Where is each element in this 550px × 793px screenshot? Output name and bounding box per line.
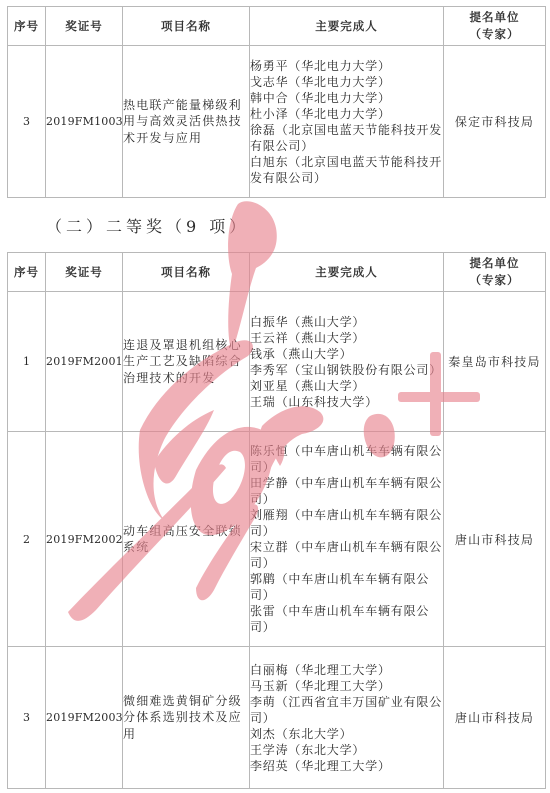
header-project-name: 项目名称: [123, 7, 250, 46]
person: 白丽梅（华北理工大学）: [250, 662, 443, 678]
person: 钱承（燕山大学）: [250, 346, 443, 362]
person: 李萌（江西省宜丰万国矿业有限公司）: [250, 694, 443, 726]
table-row: 1 2019FM2001 连退及罩退机组核心生产工艺及缺陷综合治理技术的开发 白…: [8, 292, 546, 432]
table-header-row: 序号 奖证号 项目名称 主要完成人 提名单位 （专家）: [8, 7, 546, 46]
person: 郭鹛（中车唐山机车车辆有限公司）: [250, 571, 443, 603]
first-prize-table-continued: 序号 奖证号 项目名称 主要完成人 提名单位 （专家） 3 2019FM1003…: [7, 6, 546, 198]
table-header-row: 序号 奖证号 项目名称 主要完成人 提名单位 （专家）: [8, 253, 546, 292]
header-people: 主要完成人: [250, 7, 444, 46]
header-unit: 提名单位 （专家）: [444, 7, 546, 46]
person: 王瑞（山东科技大学）: [250, 394, 443, 410]
person: 田学静（中车唐山机车车辆有限公司）: [250, 475, 443, 507]
header-unit-line1: 提名单位: [470, 10, 520, 24]
cell-cert: 2019FM1003: [46, 46, 123, 198]
header-unit-line2: （专家）: [470, 273, 520, 287]
person: 刘雁翔（中车唐山机车车辆有限公司）: [250, 507, 443, 539]
cell-unit: 唐山市科技局: [444, 647, 546, 789]
cell-cert: 2019FM2003: [46, 647, 123, 789]
header-cert: 奖证号: [46, 7, 123, 46]
person: 刘杰（东北大学）: [250, 726, 443, 742]
person: 张雷（中车唐山机车车辆有限公司）: [250, 603, 443, 635]
cell-project-name: 热电联产能量梯级利用与高效灵活供热技术开发与应用: [123, 46, 250, 198]
cell-unit: 唐山市科技局: [444, 432, 546, 647]
table-row: 3 2019FM1003 热电联产能量梯级利用与高效灵活供热技术开发与应用 杨勇…: [8, 46, 546, 198]
cell-people: 白丽梅（华北理工大学） 马玉新（华北理工大学） 李萌（江西省宜丰万国矿业有限公司…: [250, 647, 444, 789]
cell-people: 杨勇平（华北电力大学） 戈志华（华北电力大学） 韩中合（华北电力大学） 杜小泽（…: [250, 46, 444, 198]
table-row: 2 2019FM2002 动车组高压安全联锁系统 陈乐恒（中车唐山机车车辆有限公…: [8, 432, 546, 647]
header-cert: 奖证号: [46, 253, 123, 292]
person: 宋立群（中车唐山机车车辆有限公司）: [250, 539, 443, 571]
person: 杨勇平（华北电力大学）: [250, 58, 443, 74]
cell-project-name: 连退及罩退机组核心生产工艺及缺陷综合治理技术的开发: [123, 292, 250, 432]
cell-project-name: 动车组高压安全联锁系统: [123, 432, 250, 647]
cell-no: 3: [8, 647, 46, 789]
cell-no: 2: [8, 432, 46, 647]
header-unit-line1: 提名单位: [470, 256, 520, 270]
second-prize-table: 序号 奖证号 项目名称 主要完成人 提名单位 （专家） 1 2019FM2001…: [7, 252, 546, 789]
header-unit: 提名单位 （专家）: [444, 253, 546, 292]
cell-people: 白振华（燕山大学） 王云祥（燕山大学） 钱承（燕山大学） 李秀军（宝山钢铁股份有…: [250, 292, 444, 432]
person: 王学涛（东北大学）: [250, 742, 443, 758]
cell-project-name: 微细难选黄铜矿分级分体系选别技术及应用: [123, 647, 250, 789]
person: 白振华（燕山大学）: [250, 314, 443, 330]
cell-no: 3: [8, 46, 46, 198]
person: 白旭东（北京国电蓝天节能科技开发有限公司）: [250, 154, 443, 186]
table-row: 3 2019FM2003 微细难选黄铜矿分级分体系选别技术及应用 白丽梅（华北理…: [8, 647, 546, 789]
header-project-name: 项目名称: [123, 253, 250, 292]
header-unit-line2: （专家）: [470, 27, 520, 41]
person: 李秀军（宝山钢铁股份有限公司）: [250, 362, 443, 378]
person: 刘亚星（燕山大学）: [250, 378, 443, 394]
cell-unit: 秦皇岛市科技局: [444, 292, 546, 432]
cell-no: 1: [8, 292, 46, 432]
cell-cert: 2019FM2001: [46, 292, 123, 432]
header-no: 序号: [8, 253, 46, 292]
cell-people: 陈乐恒（中车唐山机车车辆有限公司） 田学静（中车唐山机车车辆有限公司） 刘雁翔（…: [250, 432, 444, 647]
person: 杜小泽（华北电力大学）: [250, 106, 443, 122]
person: 韩中合（华北电力大学）: [250, 90, 443, 106]
person: 徐磊（北京国电蓝天节能科技开发有限公司）: [250, 122, 443, 154]
person: 戈志华（华北电力大学）: [250, 74, 443, 90]
person: 马玉新（华北理工大学）: [250, 678, 443, 694]
person: 王云祥（燕山大学）: [250, 330, 443, 346]
header-no: 序号: [8, 7, 46, 46]
header-people: 主要完成人: [250, 253, 444, 292]
section-heading: （二）二等奖（9 项）: [46, 214, 249, 237]
cell-cert: 2019FM2002: [46, 432, 123, 647]
person: 李绍英（华北理工大学）: [250, 758, 443, 774]
person: 陈乐恒（中车唐山机车车辆有限公司）: [250, 443, 443, 475]
cell-unit: 保定市科技局: [444, 46, 546, 198]
